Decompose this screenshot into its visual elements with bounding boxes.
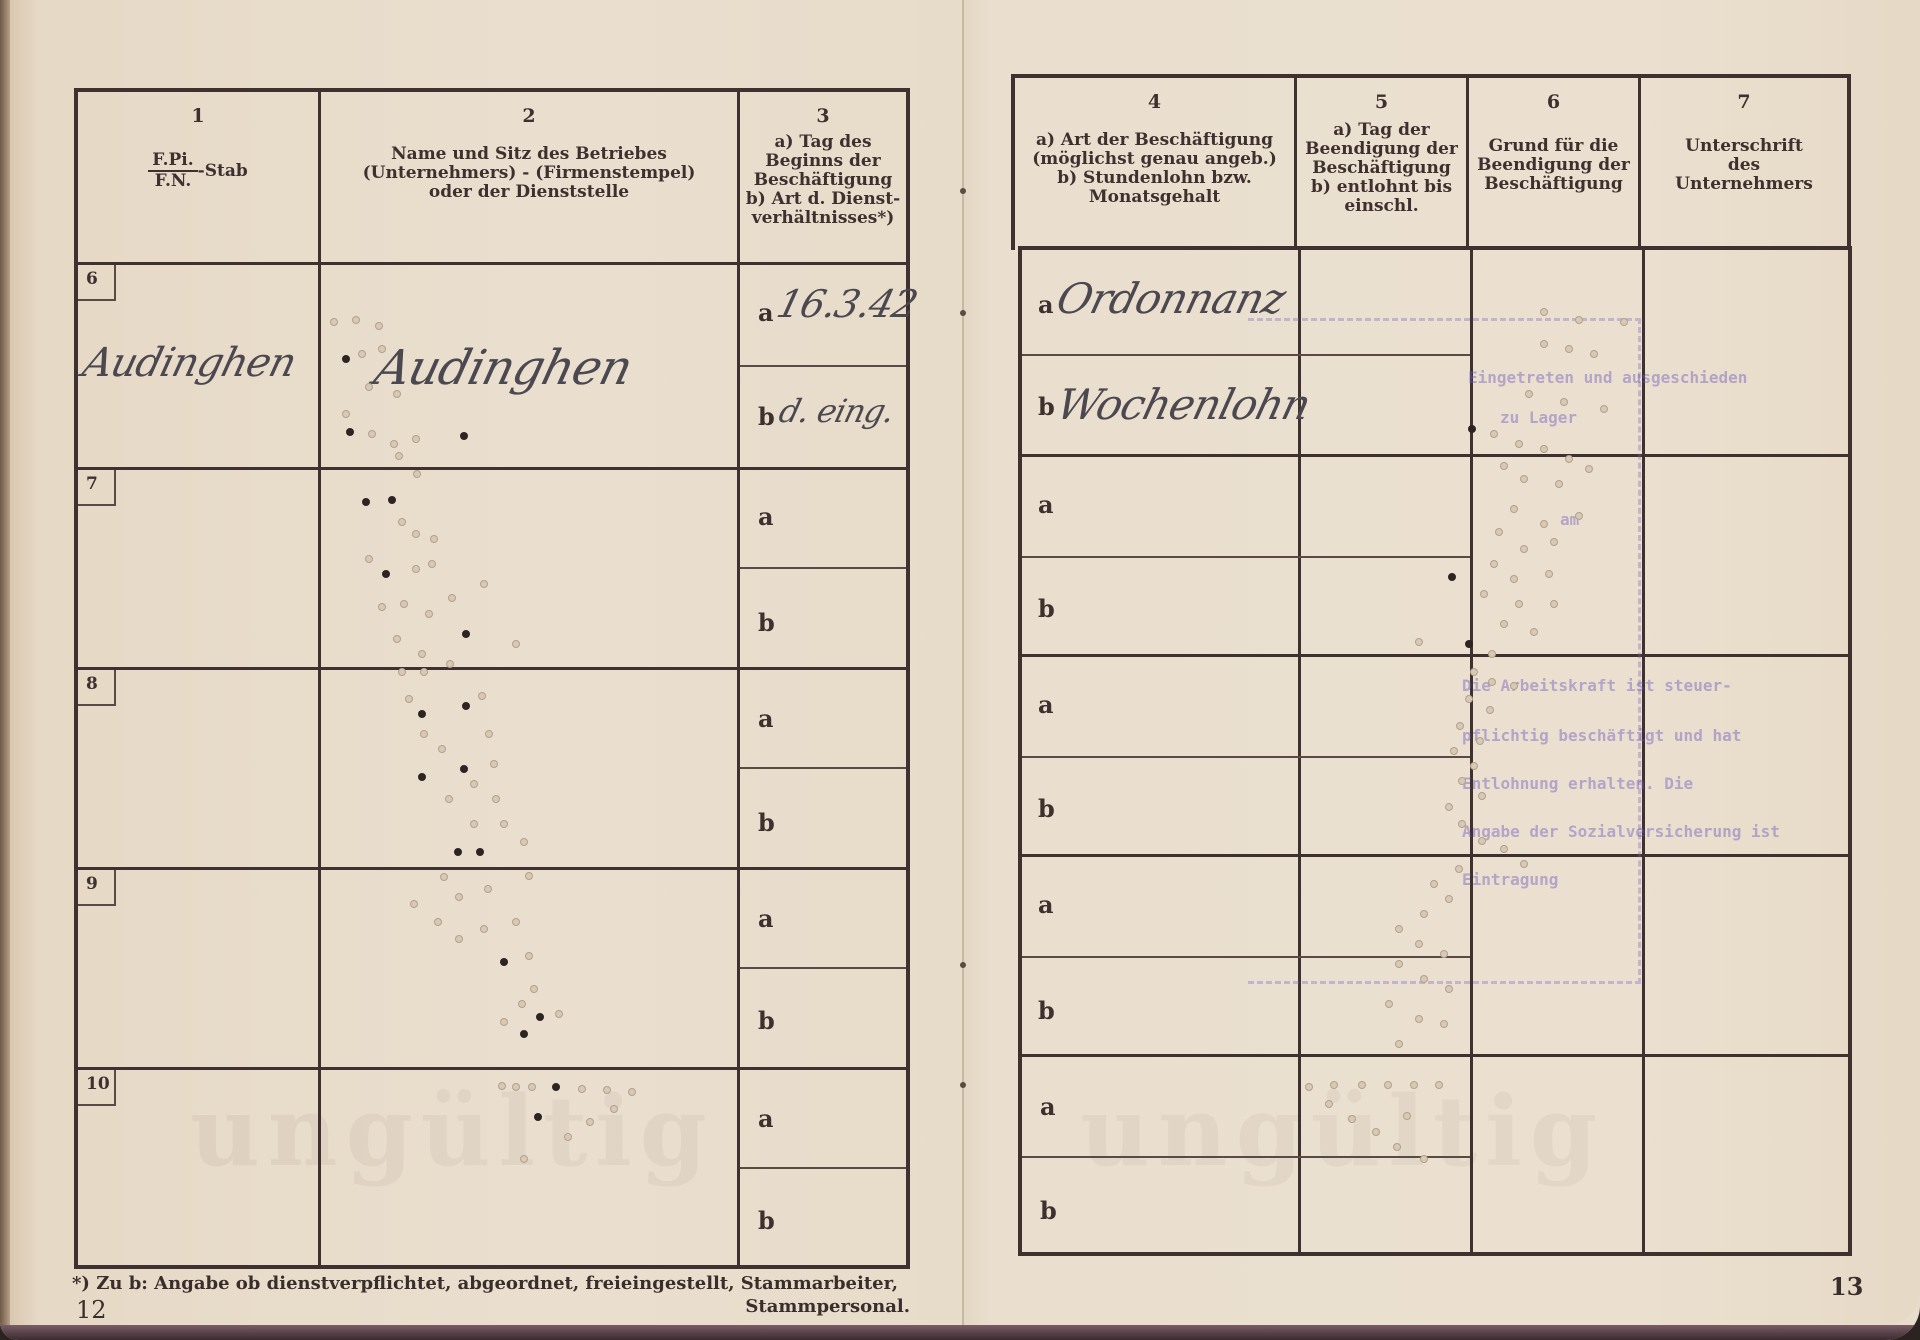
- handwritten-start-date: 16.3.42: [773, 282, 922, 326]
- row-label-a: a: [758, 1104, 774, 1133]
- stamp-text: zu Lager: [1500, 408, 1577, 427]
- column-divider: [737, 92, 740, 1265]
- row-label-a: a: [1038, 490, 1054, 519]
- stamp-text: Die Arbeitskraft ist steuer-: [1462, 676, 1732, 695]
- column-number: 7: [1641, 92, 1847, 113]
- column-header-5: 5 a) Tag der Beendigung der Beschäftigun…: [1297, 92, 1466, 216]
- row-number: 7: [78, 470, 116, 506]
- row-divider: [78, 1067, 906, 1070]
- gutter-fold: [962, 0, 964, 1325]
- row-divider: [78, 467, 906, 470]
- row-divider: [1022, 1054, 1848, 1057]
- handwritten-company: Audinghen: [369, 340, 637, 396]
- row-number: 6: [78, 265, 116, 301]
- row-number: 8: [78, 670, 116, 706]
- row-divider: [78, 867, 906, 870]
- column-header-3: 3 a) Tag des Beginns der Beschäftigung b…: [740, 106, 906, 228]
- office-stamp: [1248, 318, 1641, 984]
- ab-divider: [1022, 1156, 1470, 1158]
- row-label-b: b: [1038, 594, 1055, 623]
- row-label-b: b: [758, 1006, 775, 1035]
- ab-divider: [740, 567, 906, 569]
- column-number: 6: [1469, 92, 1638, 113]
- column-header-4: 4 a) Art der Beschäftigung (möglichst ge…: [1015, 92, 1294, 207]
- booklet-spread: ungültig ungültig 1 F.Pi. F.N. -Stab: [0, 0, 1920, 1340]
- row-label-b: b: [758, 808, 775, 837]
- stamp-text: Eingetreten und ausgeschieden: [1468, 368, 1747, 387]
- footnote-line-1: *) Zu b: Angabe ob dienstverpflichtet, a…: [72, 1273, 912, 1294]
- row-number: 9: [78, 870, 116, 906]
- footnote-line-2: Stammpersonal.: [72, 1296, 910, 1317]
- column-header-2: 2 Name und Sitz des Betriebes (Unternehm…: [321, 106, 737, 202]
- staff-fraction: F.Pi. F.N.: [148, 151, 197, 191]
- binding-stitch: [960, 310, 966, 316]
- handwritten-employment-type: d. eing.: [775, 392, 898, 430]
- column-number: 4: [1015, 92, 1294, 113]
- column-divider: [1642, 250, 1645, 1252]
- left-employment-table: 1 F.Pi. F.N. -Stab 2 Name und Sitz des B…: [74, 88, 910, 1269]
- row-label-a: a: [1038, 690, 1054, 719]
- row-number: 10: [78, 1070, 116, 1106]
- handwritten-occupation: Ordonnanz: [1052, 274, 1290, 323]
- row-label-b: b: [758, 608, 775, 637]
- handwritten-location: Audinghen: [78, 340, 300, 386]
- ab-divider: [740, 365, 906, 367]
- binding-stitch: [960, 188, 966, 194]
- column-divider: [318, 92, 321, 1265]
- ab-divider: [740, 967, 906, 969]
- ab-divider: [740, 1167, 906, 1169]
- row-label-b: b: [1040, 1196, 1057, 1225]
- row-label-a: a: [1038, 290, 1054, 319]
- row-label-a: a: [758, 904, 774, 933]
- header-divider: [78, 262, 906, 265]
- row-label-a: a: [1040, 1092, 1056, 1121]
- column-number: 3: [740, 106, 906, 127]
- right-employment-table-header: 4 a) Art der Beschäftigung (möglichst ge…: [1011, 74, 1851, 250]
- row-label-a: a: [758, 502, 774, 531]
- row-label-a: a: [758, 704, 774, 733]
- binding-stitch: [960, 1082, 966, 1088]
- page-number-right: 13: [1830, 1272, 1863, 1301]
- column-number: 5: [1297, 92, 1466, 113]
- row-label-a: a: [1038, 890, 1054, 919]
- row-label-a: a: [758, 298, 774, 327]
- stamp-text: pflichtig beschäftigt und hat: [1462, 726, 1741, 745]
- column-header-6: 6 Grund für die Beendigung der Beschäfti…: [1469, 92, 1638, 194]
- column-number: 2: [321, 106, 737, 127]
- binding-stitch: [960, 962, 966, 968]
- row-label-b: b: [758, 1206, 775, 1235]
- row-label-b: b: [758, 402, 775, 431]
- stamp-text: Entlohnung erhalten. Die: [1462, 774, 1693, 793]
- row-divider: [78, 667, 906, 670]
- column-number: 1: [78, 106, 318, 127]
- page-number-left: 12: [76, 1296, 107, 1324]
- row-label-b: b: [1038, 392, 1055, 421]
- stamp-text: Angabe der Sozialversicherung ist: [1462, 822, 1780, 841]
- row-label-b: b: [1038, 996, 1055, 1025]
- ab-divider: [740, 767, 906, 769]
- stamp-text: Eintragung: [1462, 870, 1558, 889]
- column-header-7: 7 Unterschrift des Unternehmers: [1641, 92, 1847, 194]
- book-cover-edge: [0, 1325, 1920, 1340]
- row-label-b: b: [1038, 794, 1055, 823]
- column-header-1: 1 F.Pi. F.N. -Stab: [78, 106, 318, 191]
